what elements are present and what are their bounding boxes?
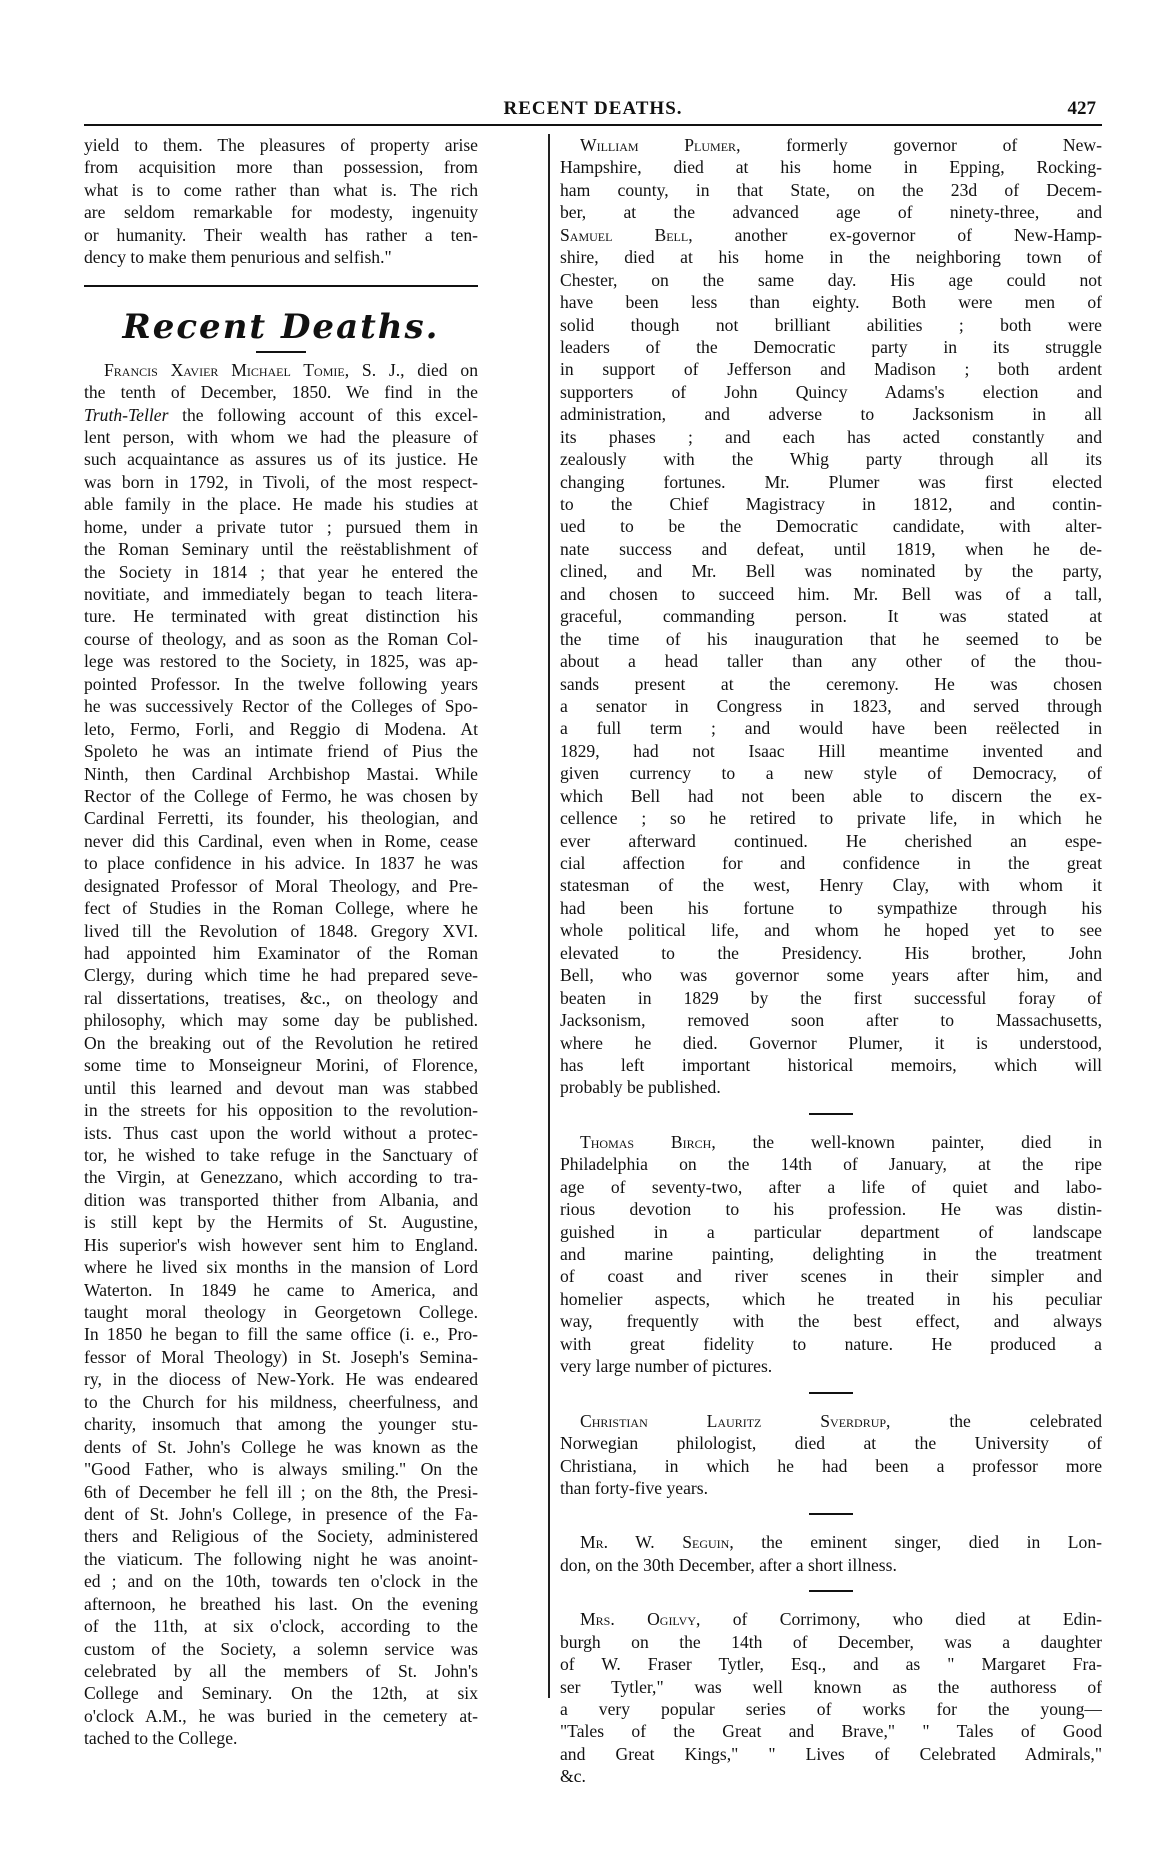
- text-line: Samuel Bell, another ex-governor of New-…: [560, 224, 1102, 246]
- obituary-first-line: Francis Xavier Michael Tomie, S. J., die…: [84, 359, 478, 381]
- text-line: sands present at the ceremony. He was ch…: [560, 673, 1102, 695]
- obituary-first-line: William Plumer, formerly governor of New…: [560, 134, 1102, 156]
- text-line: ser Tytler," was well known as the autho…: [560, 1676, 1102, 1698]
- entry-separator: [809, 1513, 853, 1515]
- text-line: what is to come rather than what is. The…: [84, 179, 478, 201]
- text-line: of coast and river scenes in their simpl…: [560, 1265, 1102, 1287]
- text-line: leto, Fermo, Forli, and Reggio di Modena…: [84, 718, 478, 740]
- text-line: dents of St. John's College he was known…: [84, 1436, 478, 1458]
- text-line: way, frequently with the best effect, an…: [560, 1310, 1102, 1332]
- text-line: changing fortunes. Mr. Plumer was first …: [560, 471, 1102, 493]
- text-line: designated Professor of Moral Theology, …: [84, 875, 478, 897]
- obituary-plumer: William Plumer, formerly governor of New…: [560, 134, 1102, 1099]
- text-line: with great fidelity to nature. He produc…: [560, 1333, 1102, 1355]
- text-line: College and Seminary. On the 12th, at si…: [84, 1682, 478, 1704]
- text-line: Cardinal Ferretti, its founder, his theo…: [84, 807, 478, 829]
- text-line: Ninth, then Cardinal Archbishop Mastai. …: [84, 763, 478, 785]
- text-line: Christiana, in which he had been a profe…: [560, 1455, 1102, 1477]
- text-line: a very popular series of works for the y…: [560, 1698, 1102, 1720]
- text-line: dent of St. John's College, in presence …: [84, 1503, 478, 1525]
- text-line: until this learned and devout man was st…: [84, 1077, 478, 1099]
- text-line: to the Chief Magistracy in 1812, and con…: [560, 493, 1102, 515]
- intro-paragraph: yield to them. The pleasures of property…: [84, 134, 478, 269]
- text-line: custom of the Society, a solemn service …: [84, 1638, 478, 1660]
- text-line: Chester, on the same day. His age could …: [560, 269, 1102, 291]
- text-line: "Tales of the Great and Brave," " Tales …: [560, 1720, 1102, 1742]
- text-line: the tenth of December, 1850. We find in …: [84, 381, 478, 403]
- text-line: dition was transported thither from Alba…: [84, 1189, 478, 1211]
- text-line: age of seventy-two, after a life of quie…: [560, 1176, 1102, 1198]
- text-line: elevated to the Presidency. His brother,…: [560, 942, 1102, 964]
- text-line: Rector of the College of Fermo, he was c…: [84, 785, 478, 807]
- text-line: which Bell had not been able to discern …: [560, 785, 1102, 807]
- text-line: statesman of the west, Henry Clay, with …: [560, 874, 1102, 896]
- text-line: has left important historical memoirs, w…: [560, 1054, 1102, 1076]
- text-line: ed ; and on the 10th, towards ten o'cloc…: [84, 1570, 478, 1592]
- running-head: RECENT DEATHS.: [84, 98, 1102, 120]
- text-line: novitiate, and immediately began to teac…: [84, 583, 478, 605]
- obituary-name: Mr. W. Seguin: [580, 1532, 729, 1552]
- text-line: to the Church for his mildness, cheerful…: [84, 1391, 478, 1413]
- text-line: supporters of John Quincy Adams's electi…: [560, 381, 1102, 403]
- text-line: beaten in 1829 by the first successful f…: [560, 987, 1102, 1009]
- text-line: ral dissertations, treatises, &c., on th…: [84, 987, 478, 1009]
- text-line: pointed Professor. In the twelve followi…: [84, 673, 478, 695]
- obituary-birch: Thomas Birch, the well-known painter, di…: [560, 1131, 1102, 1378]
- text-line: fessor of Moral Theology) in St. Joseph'…: [84, 1346, 478, 1368]
- obituary-name: Francis Xavier Michael Tomie: [104, 360, 345, 380]
- text-line: had been his fortune to sympathize throu…: [560, 897, 1102, 919]
- text-line: than forty-five years.: [560, 1477, 1102, 1499]
- text-line: rious devotion to his profession. He was…: [560, 1198, 1102, 1220]
- text-line: probably be published.: [560, 1076, 1102, 1098]
- text-line: thers and Religious of the Society, admi…: [84, 1525, 478, 1547]
- text-line: where he died. Governor Plumer, it is un…: [560, 1032, 1102, 1054]
- text-line: nate success and defeat, until 1819, whe…: [560, 538, 1102, 560]
- section-title: Recent Deaths.: [84, 305, 478, 349]
- text-line: from acquisition more than possession, f…: [84, 156, 478, 178]
- text-line: yield to them. The pleasures of property…: [84, 134, 478, 156]
- obituary-sverdrup: Christian Lauritz Sverdrup, the celebrat…: [560, 1410, 1102, 1500]
- column-divider: [548, 134, 550, 1698]
- text-line: celebrated by all the members of St. Joh…: [84, 1660, 478, 1682]
- text-line: taught moral theology in Georgetown Coll…: [84, 1301, 478, 1323]
- text-line: are seldom remarkable for modesty, ingen…: [84, 201, 478, 223]
- text-line: and marine painting, delighting in the t…: [560, 1243, 1102, 1265]
- header-rule: [84, 124, 1102, 126]
- text-line: such acquaintance as assures us of its j…: [84, 448, 478, 470]
- text-line: Hampshire, died at his home in Epping, R…: [560, 156, 1102, 178]
- text-line: charity, insomuch that among the younger…: [84, 1413, 478, 1435]
- text-line: graceful, commanding person. It was stat…: [560, 605, 1102, 627]
- text-line: a senator in Congress in 1823, and serve…: [560, 695, 1102, 717]
- page-header: RECENT DEATHS. 427: [84, 98, 1102, 120]
- obituary-name: Thomas Birch: [580, 1132, 711, 1152]
- obituary-name: William Plumer: [580, 135, 736, 155]
- text-line: cial affection for and confidence in the…: [560, 852, 1102, 874]
- text-line: ture. He terminated with great distincti…: [84, 605, 478, 627]
- text-line: home, under a private tutor ; pursued th…: [84, 516, 478, 538]
- text-line: Clergy, during which time he had prepare…: [84, 964, 478, 986]
- page-number: 427: [1068, 98, 1097, 120]
- entry-separator: [809, 1590, 853, 1592]
- right-column: William Plumer, formerly governor of New…: [560, 134, 1102, 1788]
- text-line: burgh on the 14th of December, was a dau…: [560, 1631, 1102, 1653]
- text-line: o'clock A.M., he was buried in the cemet…: [84, 1705, 478, 1727]
- text-line: lege was restored to the Society, in 182…: [84, 650, 478, 672]
- obituary-body: don, on the 30th December, after a short…: [560, 1554, 1102, 1576]
- text-line: zealously with the Whig party through al…: [560, 448, 1102, 470]
- text-line: In 1850 he began to fill the same office…: [84, 1323, 478, 1345]
- text-line: Truth-Teller the following account of th…: [84, 404, 478, 426]
- obituary-first-line: Christian Lauritz Sverdrup, the celebrat…: [560, 1410, 1102, 1432]
- publication-title: Truth-Teller: [84, 405, 168, 425]
- text-line: homelier aspects, which he treated in hi…: [560, 1288, 1102, 1310]
- obituary-name: Christian Lauritz Sverdrup: [580, 1411, 886, 1431]
- obituary-body: Philadelphia on the 14th of January, at …: [560, 1153, 1102, 1377]
- text-line: was born in 1792, in Tivoli, of the most…: [84, 471, 478, 493]
- text-line: lent person, with whom we had the pleasu…: [84, 426, 478, 448]
- text-line: is still kept by the Hermits of St. Augu…: [84, 1211, 478, 1233]
- text-line: he was successively Rector of the Colleg…: [84, 695, 478, 717]
- text-line: administration, and adverse to Jacksonis…: [560, 403, 1102, 425]
- text-line: and Great Kings," " Lives of Celebrated …: [560, 1743, 1102, 1765]
- text-line: On the breaking out of the Revolution he…: [84, 1032, 478, 1054]
- text-line: able family in the place. He made his st…: [84, 493, 478, 515]
- text-line: lived till the Revolution of 1848. Grego…: [84, 920, 478, 942]
- text-line: philosophy, which may some day be publis…: [84, 1009, 478, 1031]
- obituary-first-line: Mrs. Ogilvy, of Corrimony, who died at E…: [560, 1608, 1102, 1630]
- text-line: Bell, who was governor some years after …: [560, 964, 1102, 986]
- text-line: "Good Father, who is always smiling." On…: [84, 1458, 478, 1480]
- section-divider: [84, 285, 478, 287]
- text-line: dency to make them penurious and selfish…: [84, 246, 478, 268]
- text-line: of the 11th, at six o'clock, according t…: [84, 1615, 478, 1637]
- text-line: where he lived six months in the mansion…: [84, 1256, 478, 1278]
- text-line: and chosen to succeed him. Mr. Bell was …: [560, 583, 1102, 605]
- text-line: leaders of the Democratic party in its s…: [560, 336, 1102, 358]
- title-underline: [256, 351, 306, 353]
- text-line: guished in a particular department of la…: [560, 1221, 1102, 1243]
- text-line: in the streets for his opposition to the…: [84, 1099, 478, 1121]
- text-line: shire, died at his home in the neighbori…: [560, 246, 1102, 268]
- obituary-body: shire, died at his home in the neighbori…: [560, 246, 1102, 1099]
- text-line: given currency to a new style of Democra…: [560, 762, 1102, 784]
- left-column: yield to them. The pleasures of property…: [84, 134, 478, 1750]
- text-line: the Virgin, at Genezzano, which accordin…: [84, 1166, 478, 1188]
- obituary-ogilvy: Mrs. Ogilvy, of Corrimony, who died at E…: [560, 1608, 1102, 1788]
- text-line: solid though not brilliant abilities ; b…: [560, 314, 1102, 336]
- text-line: ham county, in that State, on the 23d of…: [560, 179, 1102, 201]
- text-line: ever afterward continued. He cherished a…: [560, 830, 1102, 852]
- text-line: the viaticum. The following night he was…: [84, 1548, 478, 1570]
- text-line: His superior's wish however sent him to …: [84, 1234, 478, 1256]
- text-line: tached to the College.: [84, 1727, 478, 1749]
- text-line: don, on the 30th December, after a short…: [560, 1554, 1102, 1576]
- obituary-body: Norwegian philologist, died at the Unive…: [560, 1432, 1102, 1499]
- obituary-name: Samuel Bell: [560, 225, 688, 245]
- text-line: to place confidence in his advice. In 18…: [84, 852, 478, 874]
- text-line: the Roman Seminary until the reëstablish…: [84, 538, 478, 560]
- text-line: a full term ; and would have been reëlec…: [560, 717, 1102, 739]
- text-line: about a head taller than any other of th…: [560, 650, 1102, 672]
- text-line: never did this Cardinal, even when in Ro…: [84, 830, 478, 852]
- text-line: very large number of pictures.: [560, 1355, 1102, 1377]
- text-line: fect of Studies in the Roman College, wh…: [84, 897, 478, 919]
- text-line: &c.: [560, 1765, 1102, 1787]
- text-line: ber, at the advanced age of ninety-three…: [560, 201, 1102, 223]
- obituary-first-line: Thomas Birch, the well-known painter, di…: [560, 1131, 1102, 1153]
- text-line: ued to be the Democratic candidate, with…: [560, 515, 1102, 537]
- text-line: have been less than eighty. Both were me…: [560, 291, 1102, 313]
- obituary-body: burgh on the 14th of December, was a dau…: [560, 1631, 1102, 1788]
- entry-separator: [809, 1392, 853, 1394]
- text-line: Norwegian philologist, died at the Unive…: [560, 1432, 1102, 1454]
- text-line: cellence ; so he retired to private life…: [560, 807, 1102, 829]
- text-line: in support of Jefferson and Madison ; bo…: [560, 358, 1102, 380]
- text-line: some time to Monseigneur Morini, of Flor…: [84, 1054, 478, 1076]
- text-line: course of theology, and as soon as the R…: [84, 628, 478, 650]
- text-line: or humanity. Their wealth has rather a t…: [84, 224, 478, 246]
- text-line: ists. Thus cast upon the world without a…: [84, 1122, 478, 1144]
- entry-separator: [809, 1113, 853, 1115]
- text-line: the time of his inauguration that he see…: [560, 628, 1102, 650]
- obituary-body: lent person, with whom we had the pleasu…: [84, 426, 478, 1750]
- text-line: the Society in 1814 ; that year he enter…: [84, 561, 478, 583]
- text-line: Philadelphia on the 14th of January, at …: [560, 1153, 1102, 1175]
- text-line: clined, and Mr. Bell was nominated by th…: [560, 560, 1102, 582]
- obituary-body: Hampshire, died at his home in Epping, R…: [560, 156, 1102, 223]
- obituary-first-line: Mr. W. Seguin, the eminent singer, died …: [560, 1531, 1102, 1553]
- text-line: whole political life, and whom he hoped …: [560, 919, 1102, 941]
- text-line: its phases ; and each has acted constant…: [560, 426, 1102, 448]
- text-line: ry, in the diocess of New-York. He was e…: [84, 1368, 478, 1390]
- text-line: afternoon, he breathed his last. On the …: [84, 1593, 478, 1615]
- text-line: 6th of December he fell ill ; on the 8th…: [84, 1481, 478, 1503]
- text-line: had appointed him Examinator of the Roma…: [84, 942, 478, 964]
- text-line: Jacksonism, removed soon after to Massac…: [560, 1009, 1102, 1031]
- obituary-tomie: Francis Xavier Michael Tomie, S. J., die…: [84, 359, 478, 1750]
- text-line: Spoleto he was an intimate friend of Piu…: [84, 740, 478, 762]
- obituary-seguin: Mr. W. Seguin, the eminent singer, died …: [560, 1531, 1102, 1576]
- obituary-name: Mrs. Ogilvy: [580, 1609, 696, 1629]
- text-line: 1829, had not Isaac Hill meantime invent…: [560, 740, 1102, 762]
- text-line: tor, he wished to take refuge in the San…: [84, 1144, 478, 1166]
- text-line: Waterton. In 1849 he came to America, an…: [84, 1279, 478, 1301]
- text-line: of W. Fraser Tytler, Esq., and as " Marg…: [560, 1653, 1102, 1675]
